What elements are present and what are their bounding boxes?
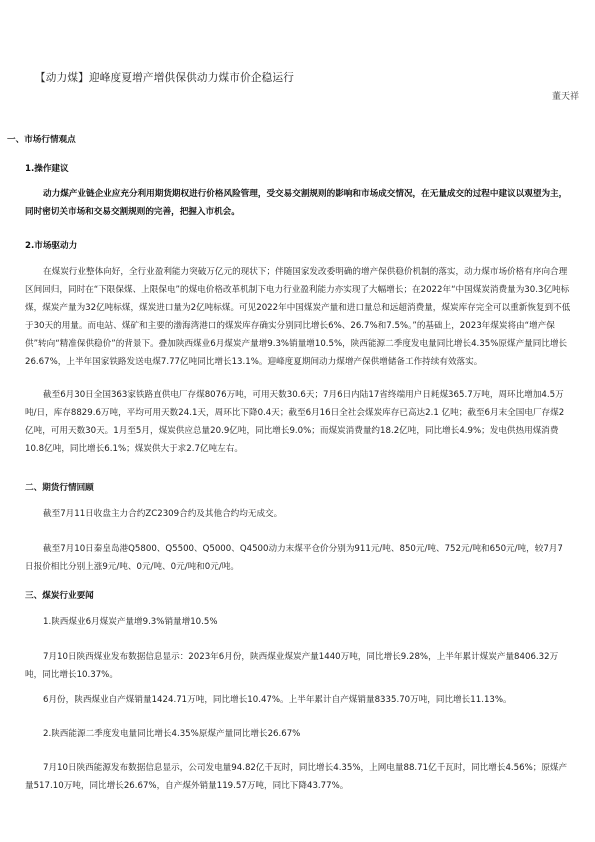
author-name: 董天祥 (552, 89, 579, 102)
paragraph-line: 截至7月11日收盘主力合约ZC2309合约及其他合约均无成交。 (7, 505, 587, 523)
paragraph-line: 7月10日陕西煤业发布数据信息显示：2023年6月份，陕西煤业煤炭产量1440万… (7, 648, 587, 666)
futures-review-paragraph-1: 截至7月11日收盘主力合约ZC2309合约及其他合约均无成交。 (7, 505, 587, 523)
paragraph-line: 于30天的用量。而电站、煤矿和主要的渤海湾港口的煤炭库存确实分别同比增长6%、2… (7, 317, 587, 335)
paragraph-line: 6月份，陕西煤业自产煤销量1424.71万吨，同比增长10.47%。上半年累计自… (7, 691, 587, 709)
market-drivers-paragraph-2: 截至6月30日全国363家铁路直供电厂存煤8076万吨，可用天数30.6天；7月… (7, 386, 587, 458)
news-2-paragraph-1: 7月10日陕西能源发布数据信息显示，公司发电量94.82亿千瓦时，同比增长4.3… (7, 759, 587, 795)
section-heading-market-view: 一、市场行情观点 (7, 133, 76, 145)
section-heading-industry-news: 三、煤炭行业要闻 (25, 589, 94, 601)
paragraph-line: 同时密切关市场和交易交割规则的完善，把握入市机会。 (7, 203, 587, 221)
futures-review-paragraph-2: 截至7月10日秦皇岛港Q5800、Q5500、Q5000、Q4500动力末煤平仓… (7, 540, 587, 576)
news-headline: 2.陕西能源二季度发电量同比增长4.35%原煤产量同比增长26.67% (7, 725, 587, 743)
news-1-paragraph-2: 6月份，陕西煤业自产煤销量1424.71万吨，同比增长10.47%。上半年累计自… (7, 691, 587, 709)
paragraph-line: 在煤炭行业整体向好，全行业盈利能力突破万亿元的现状下；伴随国家发改委明确的增产保… (7, 263, 587, 281)
news-headline: 1.陕西煤业6月煤炭产量增9.3%销量增10.5% (7, 613, 587, 631)
paragraph-line: 吨，同比增长10.37%。 (7, 666, 587, 684)
subsection-heading-market-drivers: 2.市场驱动力 (25, 239, 77, 251)
paragraph-line: 煤，煤炭产量为32亿吨标煤，煤炭进口量为2亿吨标煤。可见2022年中国煤炭产量和… (7, 299, 587, 317)
paragraph-line: 7月10日陕西能源发布数据信息显示，公司发电量94.82亿千瓦时，同比增长4.3… (7, 759, 587, 777)
subsection-heading-operation-advice: 1.操作建议 (25, 162, 69, 174)
paragraph-line: 区间回归，同时在“下限保煤、上限保电”的煤电价格改革机制下电力行业盈利能力亦实现… (7, 281, 587, 299)
operation-advice-paragraph: 动力煤产业链企业应充分利用期货期权进行价格风险管理，受交易交割规则的影响和市场成… (7, 185, 587, 221)
paragraph-line: 26.67%，上半年国家铁路发送电煤7.77亿吨同比增长13.1%。迎峰度夏期间… (7, 353, 587, 371)
section-heading-futures-review: 二、期货行情回顾 (25, 481, 94, 493)
paragraph-line: 亿吨，可用天数30天。1月至5月，煤炭供应总量20.9亿吨，同比增长9.0%；而… (7, 422, 587, 440)
news-headline-2: 2.陕西能源二季度发电量同比增长4.35%原煤产量同比增长26.67% (7, 725, 587, 743)
paragraph-line: 动力煤产业链企业应充分利用期货期权进行价格风险管理，受交易交割规则的影响和市场成… (7, 185, 587, 203)
news-headline-1: 1.陕西煤业6月煤炭产量增9.3%销量增10.5% (7, 613, 587, 631)
paragraph-line: 供”转向“精准保供稳价”的背景下。叠加陕西煤业6月煤炭产量增9.3%销量增10.… (7, 335, 587, 353)
paragraph-line: 日报价相比分别上涨9元/吨、0元/吨、0元/吨和0元/吨。 (7, 558, 587, 576)
news-1-paragraph-1: 7月10日陕西煤业发布数据信息显示：2023年6月份，陕西煤业煤炭产量1440万… (7, 648, 587, 684)
document-title: 【动力煤】迎峰度夏增产增供保供动力煤市价企稳运行 (35, 70, 294, 85)
paragraph-line: 量517.10万吨，同比增长26.67%，自产煤外销量119.57万吨，同比下降… (7, 777, 587, 795)
paragraph-line: 截至6月30日全国363家铁路直供电厂存煤8076万吨，可用天数30.6天；7月… (7, 386, 587, 404)
paragraph-line: 吨/日，库存8829.6万吨，平均可用天数24.1天，周环比下降0.4天；截至6… (7, 404, 587, 422)
paragraph-line: 10.8亿吨，同比增长6.1%；煤炭供大于求2.7亿吨左右。 (7, 440, 587, 458)
market-drivers-paragraph-1: 在煤炭行业整体向好，全行业盈利能力突破万亿元的现状下；伴随国家发改委明确的增产保… (7, 263, 587, 371)
paragraph-line: 截至7月10日秦皇岛港Q5800、Q5500、Q5000、Q4500动力末煤平仓… (7, 540, 587, 558)
